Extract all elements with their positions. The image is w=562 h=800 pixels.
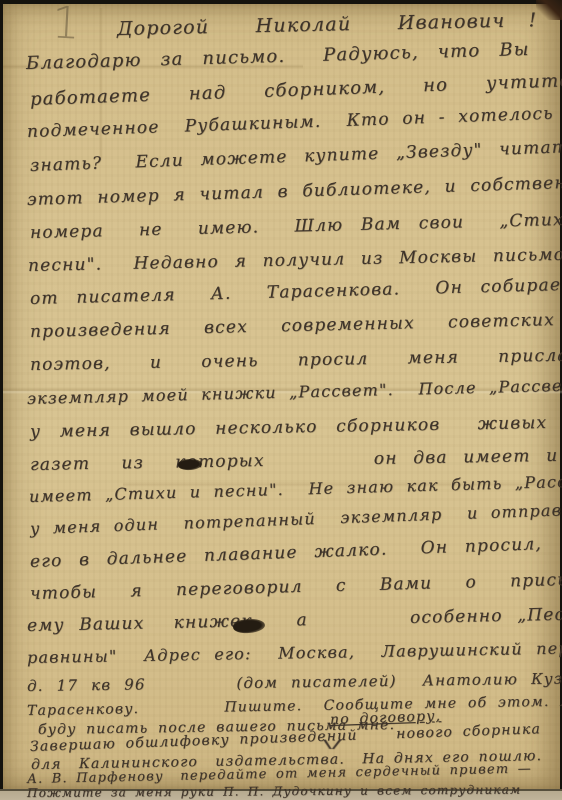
scan-corner-shadow xyxy=(536,0,562,20)
pencil-page-number: 1 xyxy=(51,1,81,46)
